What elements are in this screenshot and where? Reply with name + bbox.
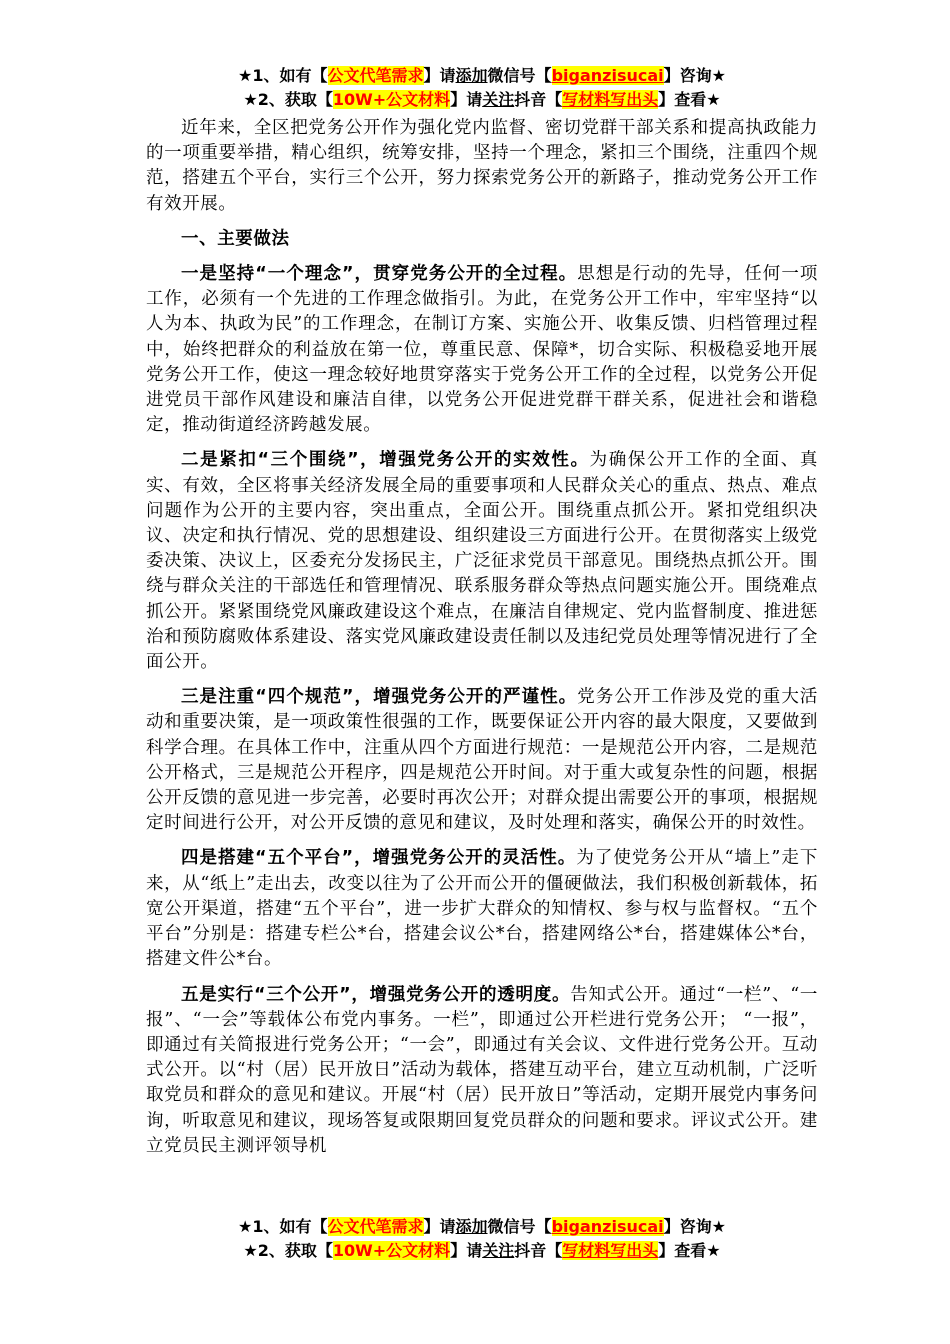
underlined-add: 添加 bbox=[456, 66, 488, 85]
banner-text: 】请 bbox=[424, 66, 456, 85]
underlined-follow: 关注 bbox=[482, 90, 514, 109]
paragraph-lead: 五是实行“三个公开”，增强党务公开的透明度。 bbox=[181, 985, 570, 1005]
banner-text: 】查看★ bbox=[658, 1241, 720, 1260]
section-heading: 一、主要做法 bbox=[146, 227, 818, 252]
paragraph-lead: 二是紧扣“三个围绕”，增强党务公开的实效性。 bbox=[181, 450, 590, 470]
banner-text: 】请 bbox=[450, 90, 482, 109]
banner-text: 】查看★ bbox=[658, 90, 720, 109]
intro-paragraph: 近年来，全区把党务公开作为强化党内监督、密切党群干部关系和提高执政能力的一项重要… bbox=[146, 116, 818, 217]
banner-text: 抖音【 bbox=[514, 1241, 562, 1260]
banner-line-1: ★1、如有【公文代笔需求】请添加微信号【biganzisucai】咨询★ bbox=[146, 1215, 818, 1239]
douyin-account-link[interactable]: 写材料写出头 bbox=[562, 90, 658, 109]
banner-text: 】请 bbox=[424, 1217, 456, 1236]
banner-text: 】咨询★ bbox=[664, 1217, 726, 1236]
banner-text: 抖音【 bbox=[514, 90, 562, 109]
paragraph-2: 二是紧扣“三个围绕”，增强党务公开的实效性。为确保公开工作的全面、真实、有效，全… bbox=[146, 448, 818, 675]
banner-line-1: ★1、如有【公文代笔需求】请添加微信号【biganzisucai】咨询★ bbox=[146, 64, 818, 88]
highlight-materials: 10W+公文材料 bbox=[333, 90, 450, 109]
paragraph-body: 为确保公开工作的全面、真实、有效，全区将事关经济发展全局的重要事项和人民群众关心… bbox=[146, 450, 818, 672]
highlight-service: 公文代笔需求 bbox=[328, 1217, 424, 1236]
banner-text: 微信号【 bbox=[488, 66, 552, 85]
paragraph-body: 党务公开工作涉及党的重大活动和重要决策，是一项政策性很强的工作，既要保证公开内容… bbox=[146, 687, 818, 833]
banner-text: ★2、获取【 bbox=[243, 90, 332, 109]
banner-text: ★1、如有【 bbox=[238, 66, 327, 85]
underlined-follow: 关注 bbox=[482, 1241, 514, 1260]
document-page: ★1、如有【公文代笔需求】请添加微信号【biganzisucai】咨询★ ★2、… bbox=[146, 64, 818, 1159]
underlined-add: 添加 bbox=[456, 1217, 488, 1236]
douyin-account-link[interactable]: 写材料写出头 bbox=[562, 1241, 658, 1260]
paragraph-lead: 一是坚持“一个理念”，贯穿党务公开的全过程。 bbox=[181, 264, 577, 284]
paragraph-3: 三是注重“四个规范”，增强党务公开的严谨性。党务公开工作涉及党的重大活动和重要决… bbox=[146, 685, 818, 836]
banner-text: 】请 bbox=[450, 1241, 482, 1260]
top-banner: ★1、如有【公文代笔需求】请添加微信号【biganzisucai】咨询★ ★2、… bbox=[146, 64, 818, 112]
paragraph-5: 五是实行“三个公开”，增强党务公开的透明度。告知式公开。通过“一栏”、“一报”、… bbox=[146, 983, 818, 1159]
banner-text: 】咨询★ bbox=[664, 66, 726, 85]
banner-text: ★1、如有【 bbox=[238, 1217, 327, 1236]
paragraph-body: 告知式公开。通过“一栏”、“一报”、“一会”等载体公布党内事务。一栏”，即通过公… bbox=[146, 985, 818, 1156]
banner-text: ★2、获取【 bbox=[243, 1241, 332, 1260]
banner-line-2: ★2、获取【10W+公文材料】请关注抖音【写材料写出头】查看★ bbox=[146, 88, 818, 112]
paragraph-body: 思想是行动的先导，任何一项工作，必须有一个先进的工作理念做指引。为此，在党务公开… bbox=[146, 264, 818, 435]
highlight-materials: 10W+公文材料 bbox=[333, 1241, 450, 1260]
wechat-id-link[interactable]: biganzisucai bbox=[552, 66, 664, 85]
wechat-id-link[interactable]: biganzisucai bbox=[552, 1217, 664, 1236]
banner-text: 微信号【 bbox=[488, 1217, 552, 1236]
banner-line-2: ★2、获取【10W+公文材料】请关注抖音【写材料写出头】查看★ bbox=[146, 1239, 818, 1263]
paragraph-1: 一是坚持“一个理念”，贯穿党务公开的全过程。思想是行动的先导，任何一项工作，必须… bbox=[146, 262, 818, 438]
paragraph-lead: 三是注重“四个规范”，增强党务公开的严谨性。 bbox=[181, 687, 577, 707]
paragraph-lead: 四是搭建“五个平台”，增强党务公开的灵活性。 bbox=[181, 848, 576, 868]
bottom-banner: ★1、如有【公文代笔需求】请添加微信号【biganzisucai】咨询★ ★2、… bbox=[146, 1215, 818, 1263]
paragraph-4: 四是搭建“五个平台”，增强党务公开的灵活性。为了使党务公开从“墙上”走下来，从“… bbox=[146, 846, 818, 972]
highlight-service: 公文代笔需求 bbox=[328, 66, 424, 85]
